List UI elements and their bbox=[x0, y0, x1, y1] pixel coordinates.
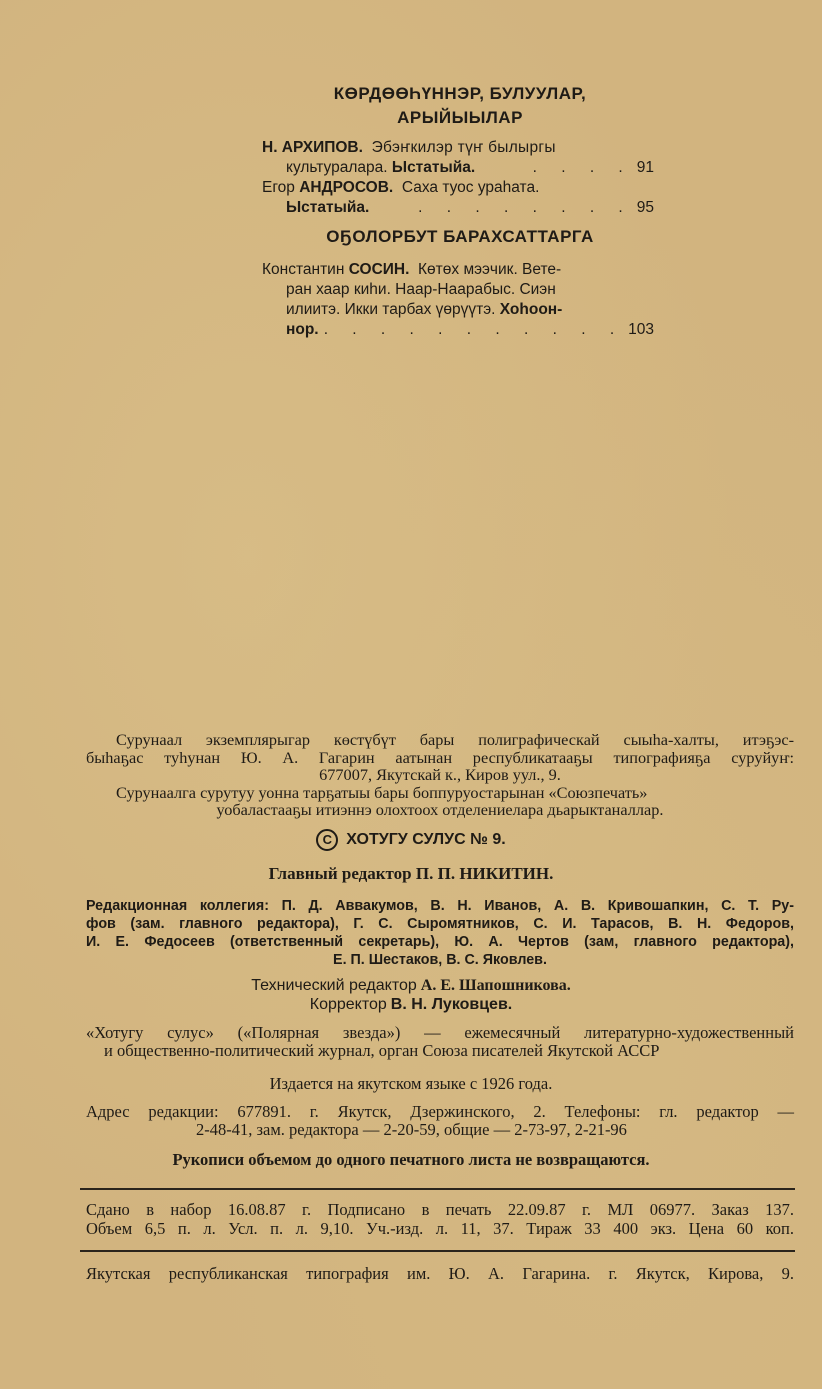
journal-issue: ХОТУГУ СУЛУС № 9. bbox=[346, 831, 505, 848]
toc-title: Саха туос ураһата. bbox=[402, 179, 540, 196]
toc-entry-cont: Ыстатыйа. . . . . . . . . 95 bbox=[262, 198, 654, 218]
subscription-line: уобаластааҕы итиэннэ олохтоох отделениел… bbox=[86, 801, 794, 819]
imprint-line: Объем 6,5 п. л. Усл. п. л. 9,10. Уч.-изд… bbox=[86, 1219, 794, 1238]
description-line: «Хотугу сулус» («Полярная звезда») — еже… bbox=[86, 1024, 794, 1042]
toc-title-cont: илиитэ. Икки тарбах үөрүүтэ. bbox=[286, 301, 495, 318]
toc-title: Көтөх мээчик. Вете- bbox=[418, 261, 561, 278]
toc-page-number: 95 bbox=[637, 198, 654, 218]
printer-info: Якутская республиканская типография им. … bbox=[86, 1264, 794, 1284]
toc-genre: Ыстатыйа. bbox=[392, 159, 475, 176]
section-title-line1: КӨРДӨӨҺҮННЭР, БУЛУУЛАР, bbox=[260, 82, 660, 106]
toc-page-number: 91 bbox=[637, 158, 654, 178]
board-line: Редакционная коллегия: П. Д. Аввакумов, … bbox=[86, 897, 794, 915]
board-line: Е. П. Шестаков, В. С. Яковлев. bbox=[86, 951, 794, 969]
toc-section-research: Н. АРХИПОВ. Эбэҥкилэр түҥ былыргы культу… bbox=[262, 138, 654, 218]
printer-line: Якутская республиканская типография им. … bbox=[86, 1264, 794, 1284]
corrector: Корректор В. Н. Луковцев. bbox=[0, 995, 822, 1014]
corrector-label: Корректор bbox=[310, 996, 387, 1013]
journal-description: «Хотугу сулус» («Полярная звезда») — еже… bbox=[86, 1024, 794, 1060]
toc-title-cont: культуралара. bbox=[286, 159, 388, 176]
editorial-address: Адрес редакции: 677891. г. Якутск, Дзерж… bbox=[86, 1103, 794, 1139]
toc-author: АНДРОСОВ. bbox=[299, 179, 393, 196]
tech-editor-label: Технический редактор bbox=[251, 977, 417, 994]
subscription-line: Сурунаал экземплярыгар көстүбүт бары пол… bbox=[86, 731, 794, 749]
imprint-line: Сдано в набор 16.08.87 г. Подписано в пе… bbox=[86, 1200, 794, 1219]
subscription-address: 677007, Якутскай к., Киров уул., 9. bbox=[86, 766, 794, 784]
board-line: И. Е. Федосеев (ответственный секретарь)… bbox=[86, 933, 794, 951]
toc-genre: Хоһоон- bbox=[500, 301, 563, 318]
toc-genre-cont: нор. bbox=[286, 320, 319, 340]
toc-title: Эбэҥкилэр түҥ былыргы bbox=[372, 139, 556, 156]
toc-author-first: Егор bbox=[262, 179, 295, 196]
section-title-children: ОҔОЛОРБУТ БАРАХСАТТАРГА bbox=[260, 225, 660, 249]
toc-dots: . . . . . . . . bbox=[369, 198, 636, 218]
toc-section-children: Константин СОСИН. Көтөх мээчик. Вете- ра… bbox=[262, 260, 654, 340]
toc-entry: Н. АРХИПОВ. Эбэҥкилэр түҥ былыргы bbox=[262, 138, 654, 158]
editorial-board: Редакционная коллегия: П. Д. Аввакумов, … bbox=[86, 897, 794, 969]
imprint: Сдано в набор 16.08.87 г. Подписано в пе… bbox=[86, 1200, 794, 1238]
toc-page-number: 103 bbox=[628, 320, 654, 340]
subscription-line: быһаҕас туһунан Ю. А. Гагарин аатынан ре… bbox=[86, 749, 794, 767]
divider-top bbox=[80, 1188, 795, 1190]
description-line: и общественно-политический журнал, орган… bbox=[86, 1042, 794, 1060]
toc-entry-cont: культуралара. Ыстатыйа. . . . . 91 bbox=[262, 158, 654, 178]
manuscripts-note: Рукописи объемом до одного печатного лис… bbox=[0, 1150, 822, 1170]
tech-editor-name: А. Е. Шапошникова. bbox=[421, 977, 571, 994]
subscription-line: Сурунаалга сурутуу уонна тарҕатыы бары б… bbox=[86, 784, 794, 802]
published-since: Издается на якутском языке с 1926 года. bbox=[0, 1074, 822, 1094]
toc-entry: Константин СОСИН. Көтөх мээчик. Вете- bbox=[262, 260, 654, 280]
divider-bottom bbox=[80, 1250, 795, 1252]
toc-author-first: Константин bbox=[262, 261, 344, 278]
journal-title: CХОТУГУ СУЛУС № 9. bbox=[0, 829, 822, 851]
toc-author: Н. АРХИПОВ. bbox=[262, 139, 363, 156]
copyright-icon: C bbox=[316, 829, 338, 851]
toc-entry-cont: илиитэ. Икки тарбах үөрүүтэ. Хоһоон- bbox=[262, 300, 654, 320]
toc-dots: . . . . . . . . . . . bbox=[319, 320, 629, 340]
toc-entry: Егор АНДРОСОВ. Саха туос ураһата. bbox=[262, 178, 654, 198]
toc-genre: Ыстатыйа. bbox=[286, 198, 369, 218]
address-phones: 2-48-41, зам. редактора — 2-20-59, общие… bbox=[86, 1121, 794, 1139]
board-line: фов (зам. главного редактора), Г. С. Сыр… bbox=[86, 915, 794, 933]
address-line: Адрес редакции: 677891. г. Якутск, Дзерж… bbox=[86, 1103, 794, 1121]
toc-entry-cont: нор. . . . . . . . . . . . 103 bbox=[262, 320, 654, 340]
chief-editor: Главный редактор П. П. НИКИТИН. bbox=[0, 864, 822, 884]
section-title-research: КӨРДӨӨҺҮННЭР, БУЛУУЛАР, АРЫЙЫЫЛАР bbox=[260, 82, 660, 130]
toc-entry-cont: ран хаар киһи. Наар-Наарабыс. Сиэн bbox=[262, 280, 654, 300]
tech-editor: Технический редактор А. Е. Шапошникова. bbox=[0, 976, 822, 995]
toc-title-cont: ран хаар киһи. Наар-Наарабыс. Сиэн bbox=[286, 280, 556, 300]
section-title-line2: АРЫЙЫЫЛАР bbox=[260, 106, 660, 130]
corrector-name: В. Н. Луковцев. bbox=[391, 996, 512, 1013]
subscription-notice: Сурунаал экземплярыгар көстүбүт бары пол… bbox=[86, 731, 794, 819]
toc-dots: . . . . bbox=[475, 158, 637, 178]
tech-credits: Технический редактор А. Е. Шапошникова. … bbox=[0, 976, 822, 1014]
toc-author: СОСИН. bbox=[349, 261, 410, 278]
